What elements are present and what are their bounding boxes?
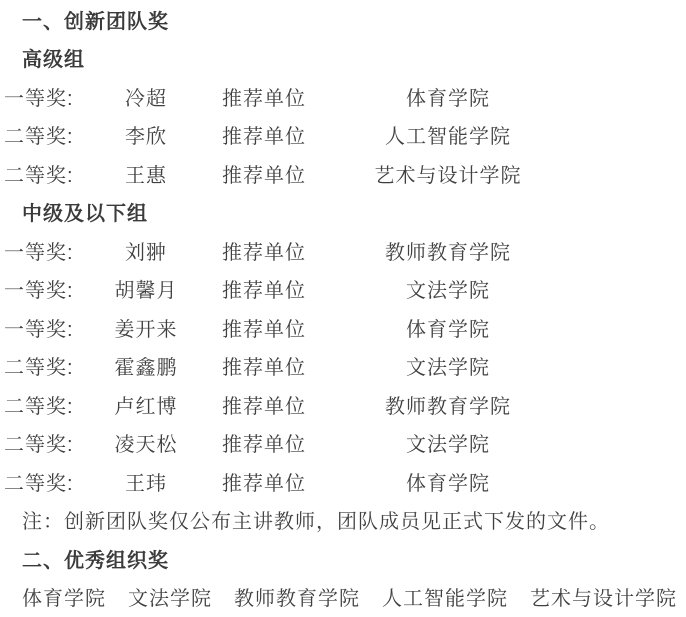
award-rank: 二等奖: (4, 428, 90, 457)
awardee-name: 胡馨月 (90, 274, 202, 303)
recommending-college: 文法学院 (306, 274, 590, 303)
recommender-label: 推荐单位 (202, 82, 306, 111)
college-item: 体育学院 (22, 582, 106, 611)
recommending-college: 教师教育学院 (306, 390, 590, 419)
award-rank: 一等奖: (4, 313, 90, 342)
award-document: 一、创新团队奖 高级组 一等奖: 冷超 推荐单位 体育学院 二等奖: 李欣 推荐… (0, 0, 686, 616)
award-rank: 二等奖: (4, 467, 90, 496)
award-row: 二等奖: 卢红博 推荐单位 教师教育学院 (4, 385, 686, 424)
awardee-name: 刘翀 (90, 236, 202, 265)
college-item: 教师教育学院 (234, 582, 360, 611)
recommending-college: 文法学院 (306, 351, 590, 380)
awardee-name: 姜开来 (90, 313, 202, 342)
award-row: 一等奖: 胡馨月 推荐单位 文法学院 (4, 270, 686, 309)
recommending-college: 体育学院 (306, 82, 590, 111)
recommending-college: 人工智能学院 (306, 120, 590, 149)
award-rank: 一等奖: (4, 82, 90, 111)
recommender-label: 推荐单位 (202, 120, 306, 149)
recommender-label: 推荐单位 (202, 428, 306, 457)
section1-title: 一、创新团队奖 (4, 0, 686, 39)
award-rank: 二等奖: (4, 159, 90, 188)
awardee-name: 王惠 (90, 159, 202, 188)
recommending-college: 文法学院 (306, 428, 590, 457)
award-rank: 一等奖: (4, 236, 90, 265)
awardee-name: 王玮 (90, 467, 202, 496)
awardee-name: 李欣 (90, 120, 202, 149)
group-intermediate-title: 中级及以下组 (4, 193, 686, 232)
recommending-college: 体育学院 (306, 313, 590, 342)
college-item: 艺术与设计学院 (530, 582, 677, 611)
recommender-label: 推荐单位 (202, 351, 306, 380)
group-senior-title: 高级组 (4, 39, 686, 78)
recommender-label: 推荐单位 (202, 390, 306, 419)
college-item: 文法学院 (128, 582, 212, 611)
award-rank: 二等奖: (4, 351, 90, 380)
award-row: 二等奖: 李欣 推荐单位 人工智能学院 (4, 116, 686, 155)
recommending-college: 体育学院 (306, 467, 590, 496)
awardee-name: 霍鑫鹏 (90, 351, 202, 380)
awardee-name: 凌天松 (90, 428, 202, 457)
org-award-colleges: 体育学院 文法学院 教师教育学院 人工智能学院 艺术与设计学院 (4, 578, 686, 617)
recommender-label: 推荐单位 (202, 313, 306, 342)
award-row: 一等奖: 冷超 推荐单位 体育学院 (4, 77, 686, 116)
award-rank: 一等奖: (4, 274, 90, 303)
section2-title: 二、优秀组织奖 (4, 539, 686, 578)
recommender-label: 推荐单位 (202, 274, 306, 303)
college-item: 人工智能学院 (382, 582, 508, 611)
recommender-label: 推荐单位 (202, 159, 306, 188)
awardee-name: 冷超 (90, 82, 202, 111)
award-rank: 二等奖: (4, 390, 90, 419)
recommending-college: 艺术与设计学院 (306, 159, 590, 188)
award-row: 二等奖: 凌天松 推荐单位 文法学院 (4, 424, 686, 463)
award-row: 一等奖: 刘翀 推荐单位 教师教育学院 (4, 231, 686, 270)
recommender-label: 推荐单位 (202, 236, 306, 265)
award-row: 二等奖: 王惠 推荐单位 艺术与设计学院 (4, 154, 686, 193)
note-line: 注：创新团队奖仅公布主讲教师，团队成员见正式下发的文件。 (4, 501, 686, 540)
award-row: 二等奖: 霍鑫鹏 推荐单位 文法学院 (4, 347, 686, 386)
award-rank: 二等奖: (4, 120, 90, 149)
award-row: 二等奖: 王玮 推荐单位 体育学院 (4, 462, 686, 501)
award-row: 一等奖: 姜开来 推荐单位 体育学院 (4, 308, 686, 347)
recommender-label: 推荐单位 (202, 467, 306, 496)
recommending-college: 教师教育学院 (306, 236, 590, 265)
awardee-name: 卢红博 (90, 390, 202, 419)
